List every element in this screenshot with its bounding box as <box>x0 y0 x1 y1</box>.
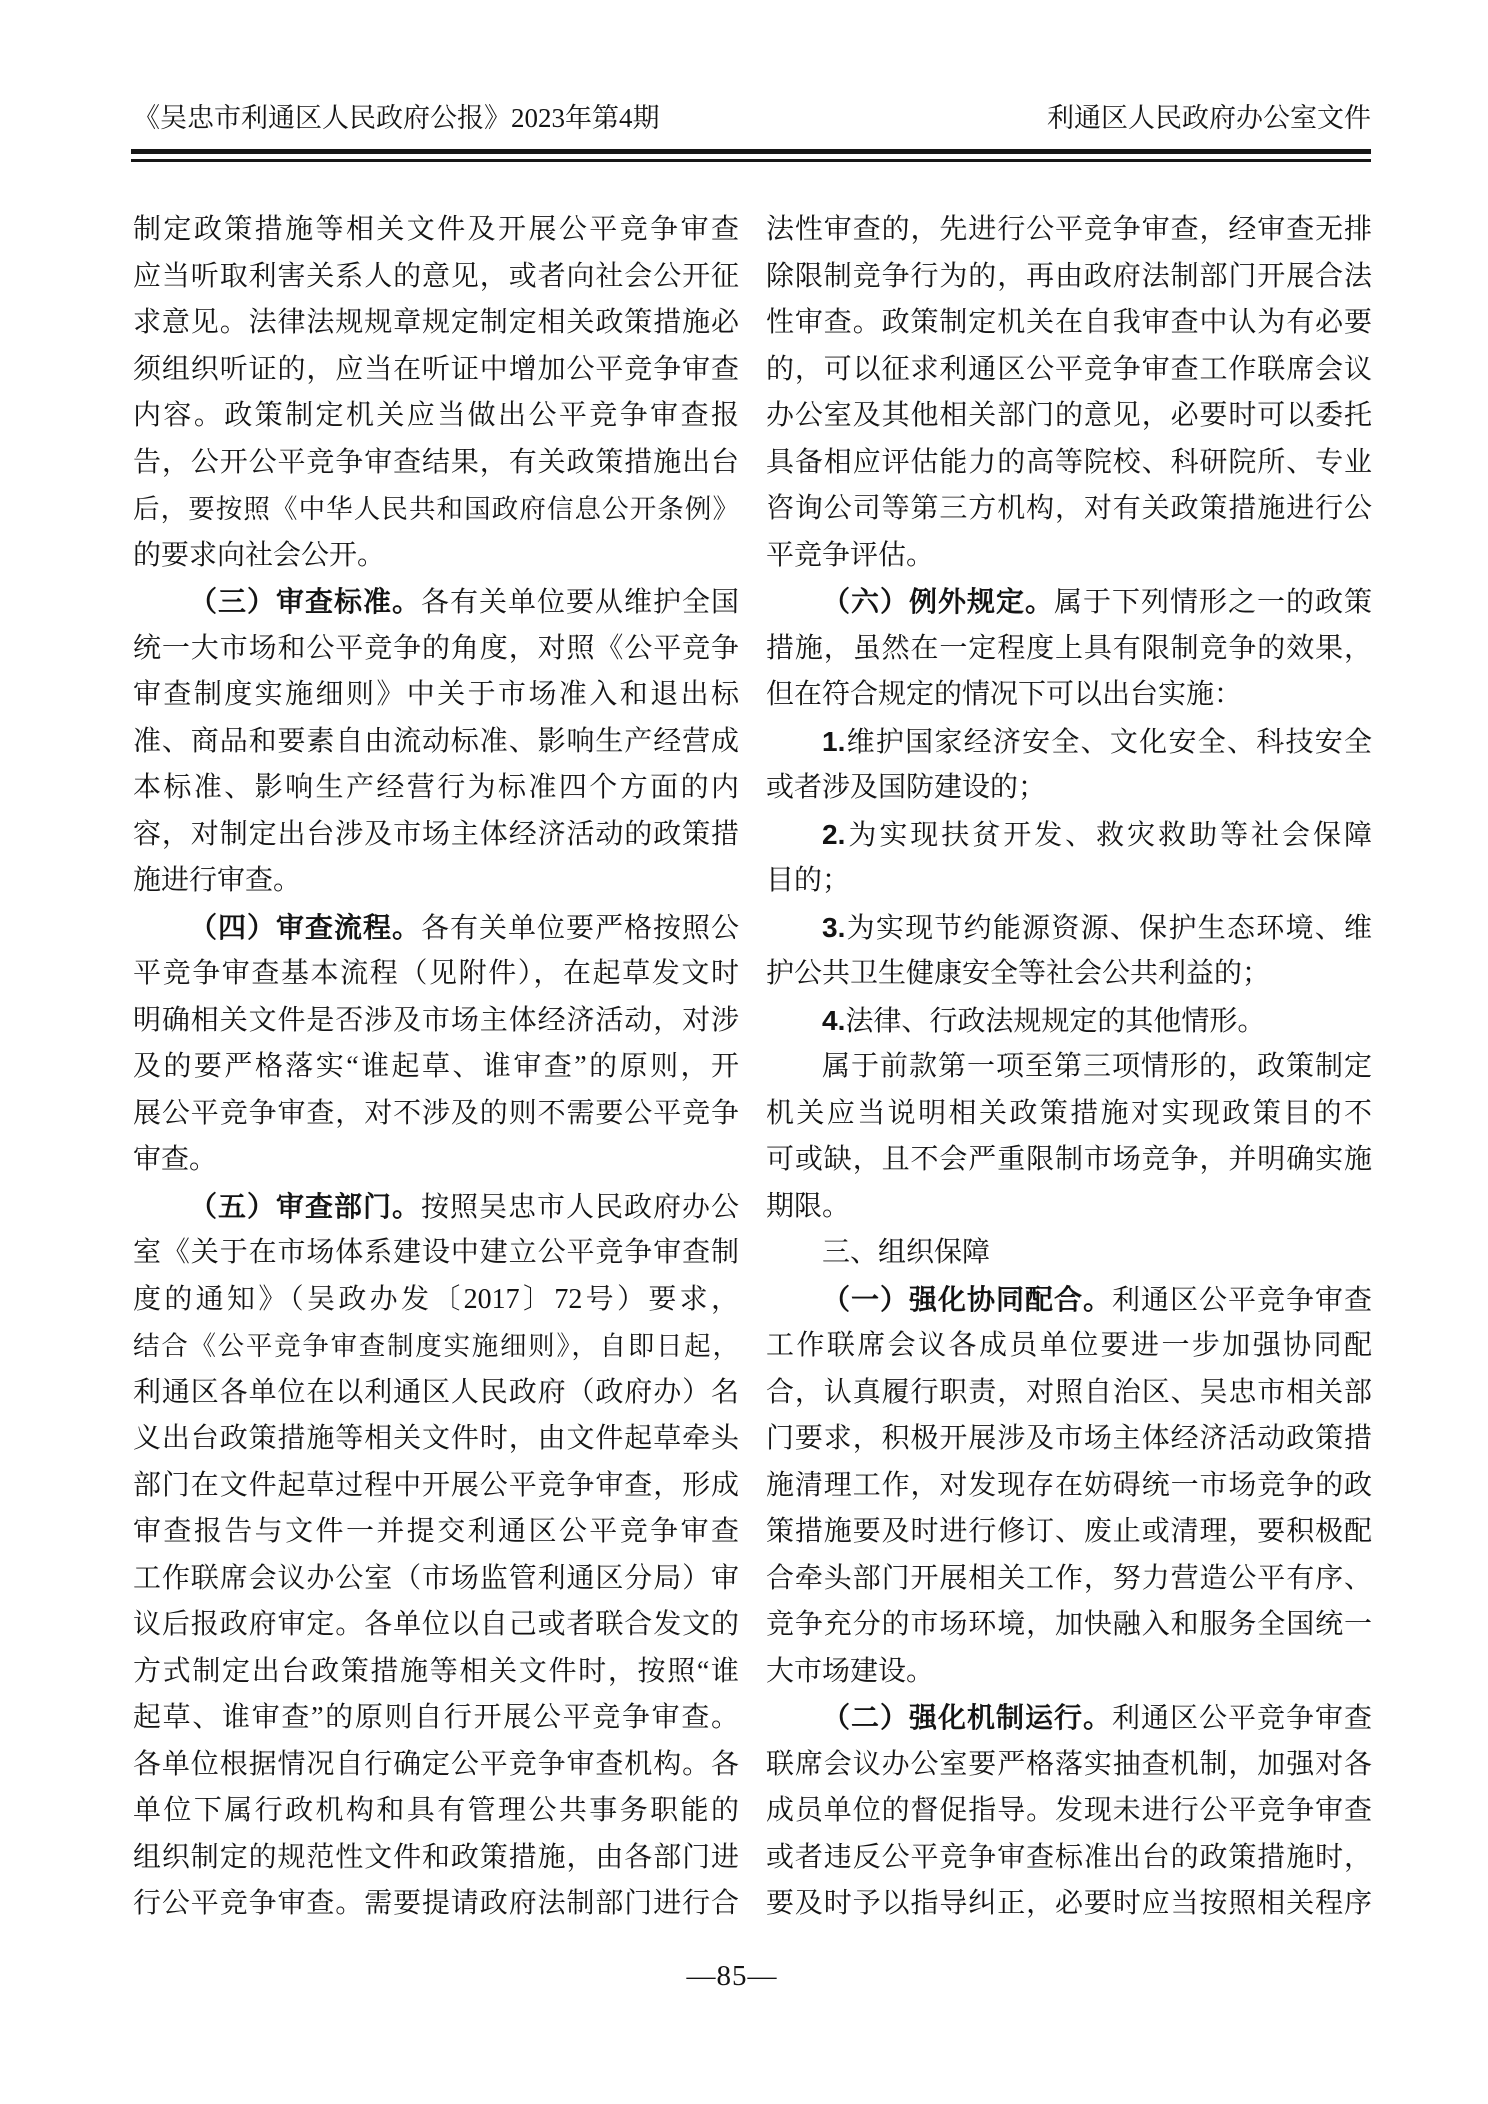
section-heading: 4. <box>822 1005 845 1036</box>
text-line: 2.为实现扶贫开发、救灾救助等社会保障 <box>766 812 1372 859</box>
left-text-column: 制定政策措施等相关文件及开展公平竞争审查应当听取利害关系人的意见，或者向社会公开… <box>133 207 739 1928</box>
text-line: 工作联席会议各成员单位要进一步加强协同配 <box>766 1323 1372 1370</box>
text-line: 须组织听证的，应当在听证中增加公平竞争审查 <box>133 347 739 394</box>
text-line: 统一大市场和公平竞争的角度，对照《公平竞争 <box>133 626 739 673</box>
text-line: 容，对制定出台涉及市场主体经济活动的政策措 <box>133 812 739 859</box>
text-line: 及的要严格落实“谁起草、谁审查”的原则，开 <box>133 1044 739 1091</box>
text-line: 措施，虽然在一定程度上具有限制竞争的效果， <box>766 626 1372 673</box>
page-number: —85— <box>687 1960 778 1992</box>
text-line: 联席会议办公室要严格落实抽查机制，加强对各 <box>766 1742 1372 1789</box>
text-line: 办公室及其他相关部门的意见，必要时可以委托 <box>766 393 1372 440</box>
text-line: 起草、谁审查”的原则自行开展公平竞争审查。 <box>133 1695 739 1742</box>
text-line: 审查制度实施细则》中关于市场准入和退出标 <box>133 672 739 719</box>
text-line: 各单位根据情况自行确定公平竞争审查机构。各 <box>133 1742 739 1789</box>
text-line: 施进行审查。 <box>133 858 739 905</box>
text-line: 平竞争评估。 <box>766 533 1372 580</box>
header-gazette-title: 《吴忠市利通区人民政府公报》2023年第4期 <box>133 100 660 136</box>
text-line: 三、组织保障 <box>766 1230 1372 1277</box>
text-line: 告，公开公平竞争审查结果，有关政策措施出台 <box>133 440 739 487</box>
text-line: 制定政策措施等相关文件及开展公平竞争审查 <box>133 207 739 254</box>
text-line: 策措施要及时进行修订、废止或清理，要积极配 <box>766 1509 1372 1556</box>
text-line: 室《关于在市场体系建设中建立公平竞争审查制 <box>133 1230 739 1277</box>
text-line: 或者违反公平竞争审查标准出台的政策措施时， <box>766 1835 1372 1882</box>
text-line: 竞争充分的市场环境，加快融入和服务全国统一 <box>766 1602 1372 1649</box>
header-double-rule <box>131 149 1371 162</box>
text-line: （四）审查流程。各有关单位要严格按照公 <box>133 905 739 952</box>
section-heading: 2. <box>822 819 845 850</box>
text-line: 结合《公平竞争审查制度实施细则》，自即日起， <box>133 1323 739 1370</box>
text-line: 展公平竞争审查，对不涉及的则不需要公平竞争 <box>133 1091 739 1138</box>
text-line: 求意见。法律法规规章规定制定相关政策措施必 <box>133 300 739 347</box>
text-line: 组织制定的规范性文件和政策措施，由各部门进 <box>133 1835 739 1882</box>
text-line: 护公共卫生健康安全等社会公共利益的； <box>766 951 1372 998</box>
section-heading: （一）强化协同配合。 <box>822 1284 1112 1315</box>
text-line: 4.法律、行政法规规定的其他情形。 <box>766 998 1372 1045</box>
section-heading: （二）强化机制运行。 <box>822 1702 1112 1733</box>
text-line: 要及时予以指导纠正，必要时应当按照相关程序 <box>766 1881 1372 1928</box>
right-text-column: 法性审查的，先进行公平竞争审查，经审查无排除限制竞争行为的，再由政府法制部门开展… <box>766 207 1372 1928</box>
text-line: （五）审查部门。按照吴忠市人民政府办公 <box>133 1184 739 1231</box>
text-line: （三）审查标准。各有关单位要从维护全国 <box>133 579 739 626</box>
text-line: （二）强化机制运行。利通区公平竞争审查 <box>766 1695 1372 1742</box>
text-line: 但在符合规定的情况下可以出台实施： <box>766 672 1372 719</box>
text-line: 门要求，积极开展涉及市场主体经济活动政策措 <box>766 1416 1372 1463</box>
text-line: 咨询公司等第三方机构，对有关政策措施进行公 <box>766 486 1372 533</box>
text-line: 除限制竞争行为的，再由政府法制部门开展合法 <box>766 254 1372 301</box>
section-heading: （四）审查流程。 <box>189 912 421 943</box>
text-line: 后，要按照《中华人民共和国政府信息公开条例》 <box>133 486 739 533</box>
text-line: 审查报告与文件一并提交利通区公平竞争审查 <box>133 1509 739 1556</box>
text-line: 机关应当说明相关政策措施对实现政策目的不 <box>766 1091 1372 1138</box>
text-line: 议后报政府审定。各单位以自己或者联合发文的 <box>133 1602 739 1649</box>
text-line: 目的； <box>766 858 1372 905</box>
text-line: 合牵头部门开展相关工作，努力营造公平有序、 <box>766 1556 1372 1603</box>
text-line: 施清理工作，对发现存在妨碍统一市场竞争的政 <box>766 1463 1372 1510</box>
text-line: 义出台政策措施等相关文件时，由文件起草牵头 <box>133 1416 739 1463</box>
text-line: 准、商品和要素自由流动标准、影响生产经营成 <box>133 719 739 766</box>
text-line: （一）强化协同配合。利通区公平竞争审查 <box>766 1277 1372 1324</box>
text-line: 或者涉及国防建设的； <box>766 765 1372 812</box>
text-line: （六）例外规定。属于下列情形之一的政策 <box>766 579 1372 626</box>
section-heading: （五）审查部门。 <box>189 1191 421 1222</box>
text-line: 方式制定出台政策措施等相关文件时，按照“谁 <box>133 1649 739 1696</box>
text-line: 成员单位的督促指导。发现未进行公平竞争审查 <box>766 1788 1372 1835</box>
page-header: 《吴忠市利通区人民政府公报》2023年第4期 利通区人民政府办公室文件 <box>133 100 1371 136</box>
text-line: 行公平竞争审查。需要提请政府法制部门进行合 <box>133 1881 739 1928</box>
text-line: 工作联席会议办公室（市场监管利通区分局）审 <box>133 1556 739 1603</box>
section-heading: （六）例外规定。 <box>822 586 1054 617</box>
text-line: 平竞争审查基本流程（见附件），在起草发文时 <box>133 951 739 998</box>
text-line: 本标准、影响生产经营行为标准四个方面的内 <box>133 765 739 812</box>
text-line: 合，认真履行职责，对照自治区、吴忠市相关部 <box>766 1370 1372 1417</box>
text-line: 具备相应评估能力的高等院校、科研院所、专业 <box>766 440 1372 487</box>
text-line: 利通区各单位在以利通区人民政府（政府办）名 <box>133 1370 739 1417</box>
text-line: 度的通知》（吴政办发〔2017〕72号）要求， <box>133 1277 739 1324</box>
text-line: 单位下属行政机构和具有管理公共事务职能的 <box>133 1788 739 1835</box>
text-line: 3.为实现节约能源资源、保护生态环境、维 <box>766 905 1372 952</box>
text-line: 应当听取利害关系人的意见，或者向社会公开征 <box>133 254 739 301</box>
text-line: 属于前款第一项至第三项情形的，政策制定 <box>766 1044 1372 1091</box>
text-line: 审查。 <box>133 1137 739 1184</box>
text-line: 1.维护国家经济安全、文化安全、科技安全 <box>766 719 1372 766</box>
section-heading: 3. <box>822 912 845 943</box>
gazette-page: 《吴忠市利通区人民政府公报》2023年第4期 利通区人民政府办公室文件 制定政策… <box>0 0 1488 2104</box>
header-document-category: 利通区人民政府办公室文件 <box>1047 100 1371 136</box>
text-line: 大市场建设。 <box>766 1649 1372 1696</box>
text-line: 期限。 <box>766 1184 1372 1231</box>
text-line: 可或缺，且不会严重限制市场竞争，并明确实施 <box>766 1137 1372 1184</box>
section-heading: （三）审查标准。 <box>189 586 421 617</box>
text-line: 法性审查的，先进行公平竞争审查，经审查无排 <box>766 207 1372 254</box>
text-line: 内容。政策制定机关应当做出公平竞争审查报 <box>133 393 739 440</box>
text-line: 的要求向社会公开。 <box>133 533 739 580</box>
text-line: 性审查。政策制定机关在自我审查中认为有必要 <box>766 300 1372 347</box>
text-line: 部门在文件起草过程中开展公平竞争审查，形成 <box>133 1463 739 1510</box>
page-footer: —85— <box>0 1960 1464 1993</box>
text-line: 明确相关文件是否涉及市场主体经济活动，对涉 <box>133 998 739 1045</box>
section-heading: 1. <box>822 726 845 757</box>
text-line: 的，可以征求利通区公平竞争审查工作联席会议 <box>766 347 1372 394</box>
